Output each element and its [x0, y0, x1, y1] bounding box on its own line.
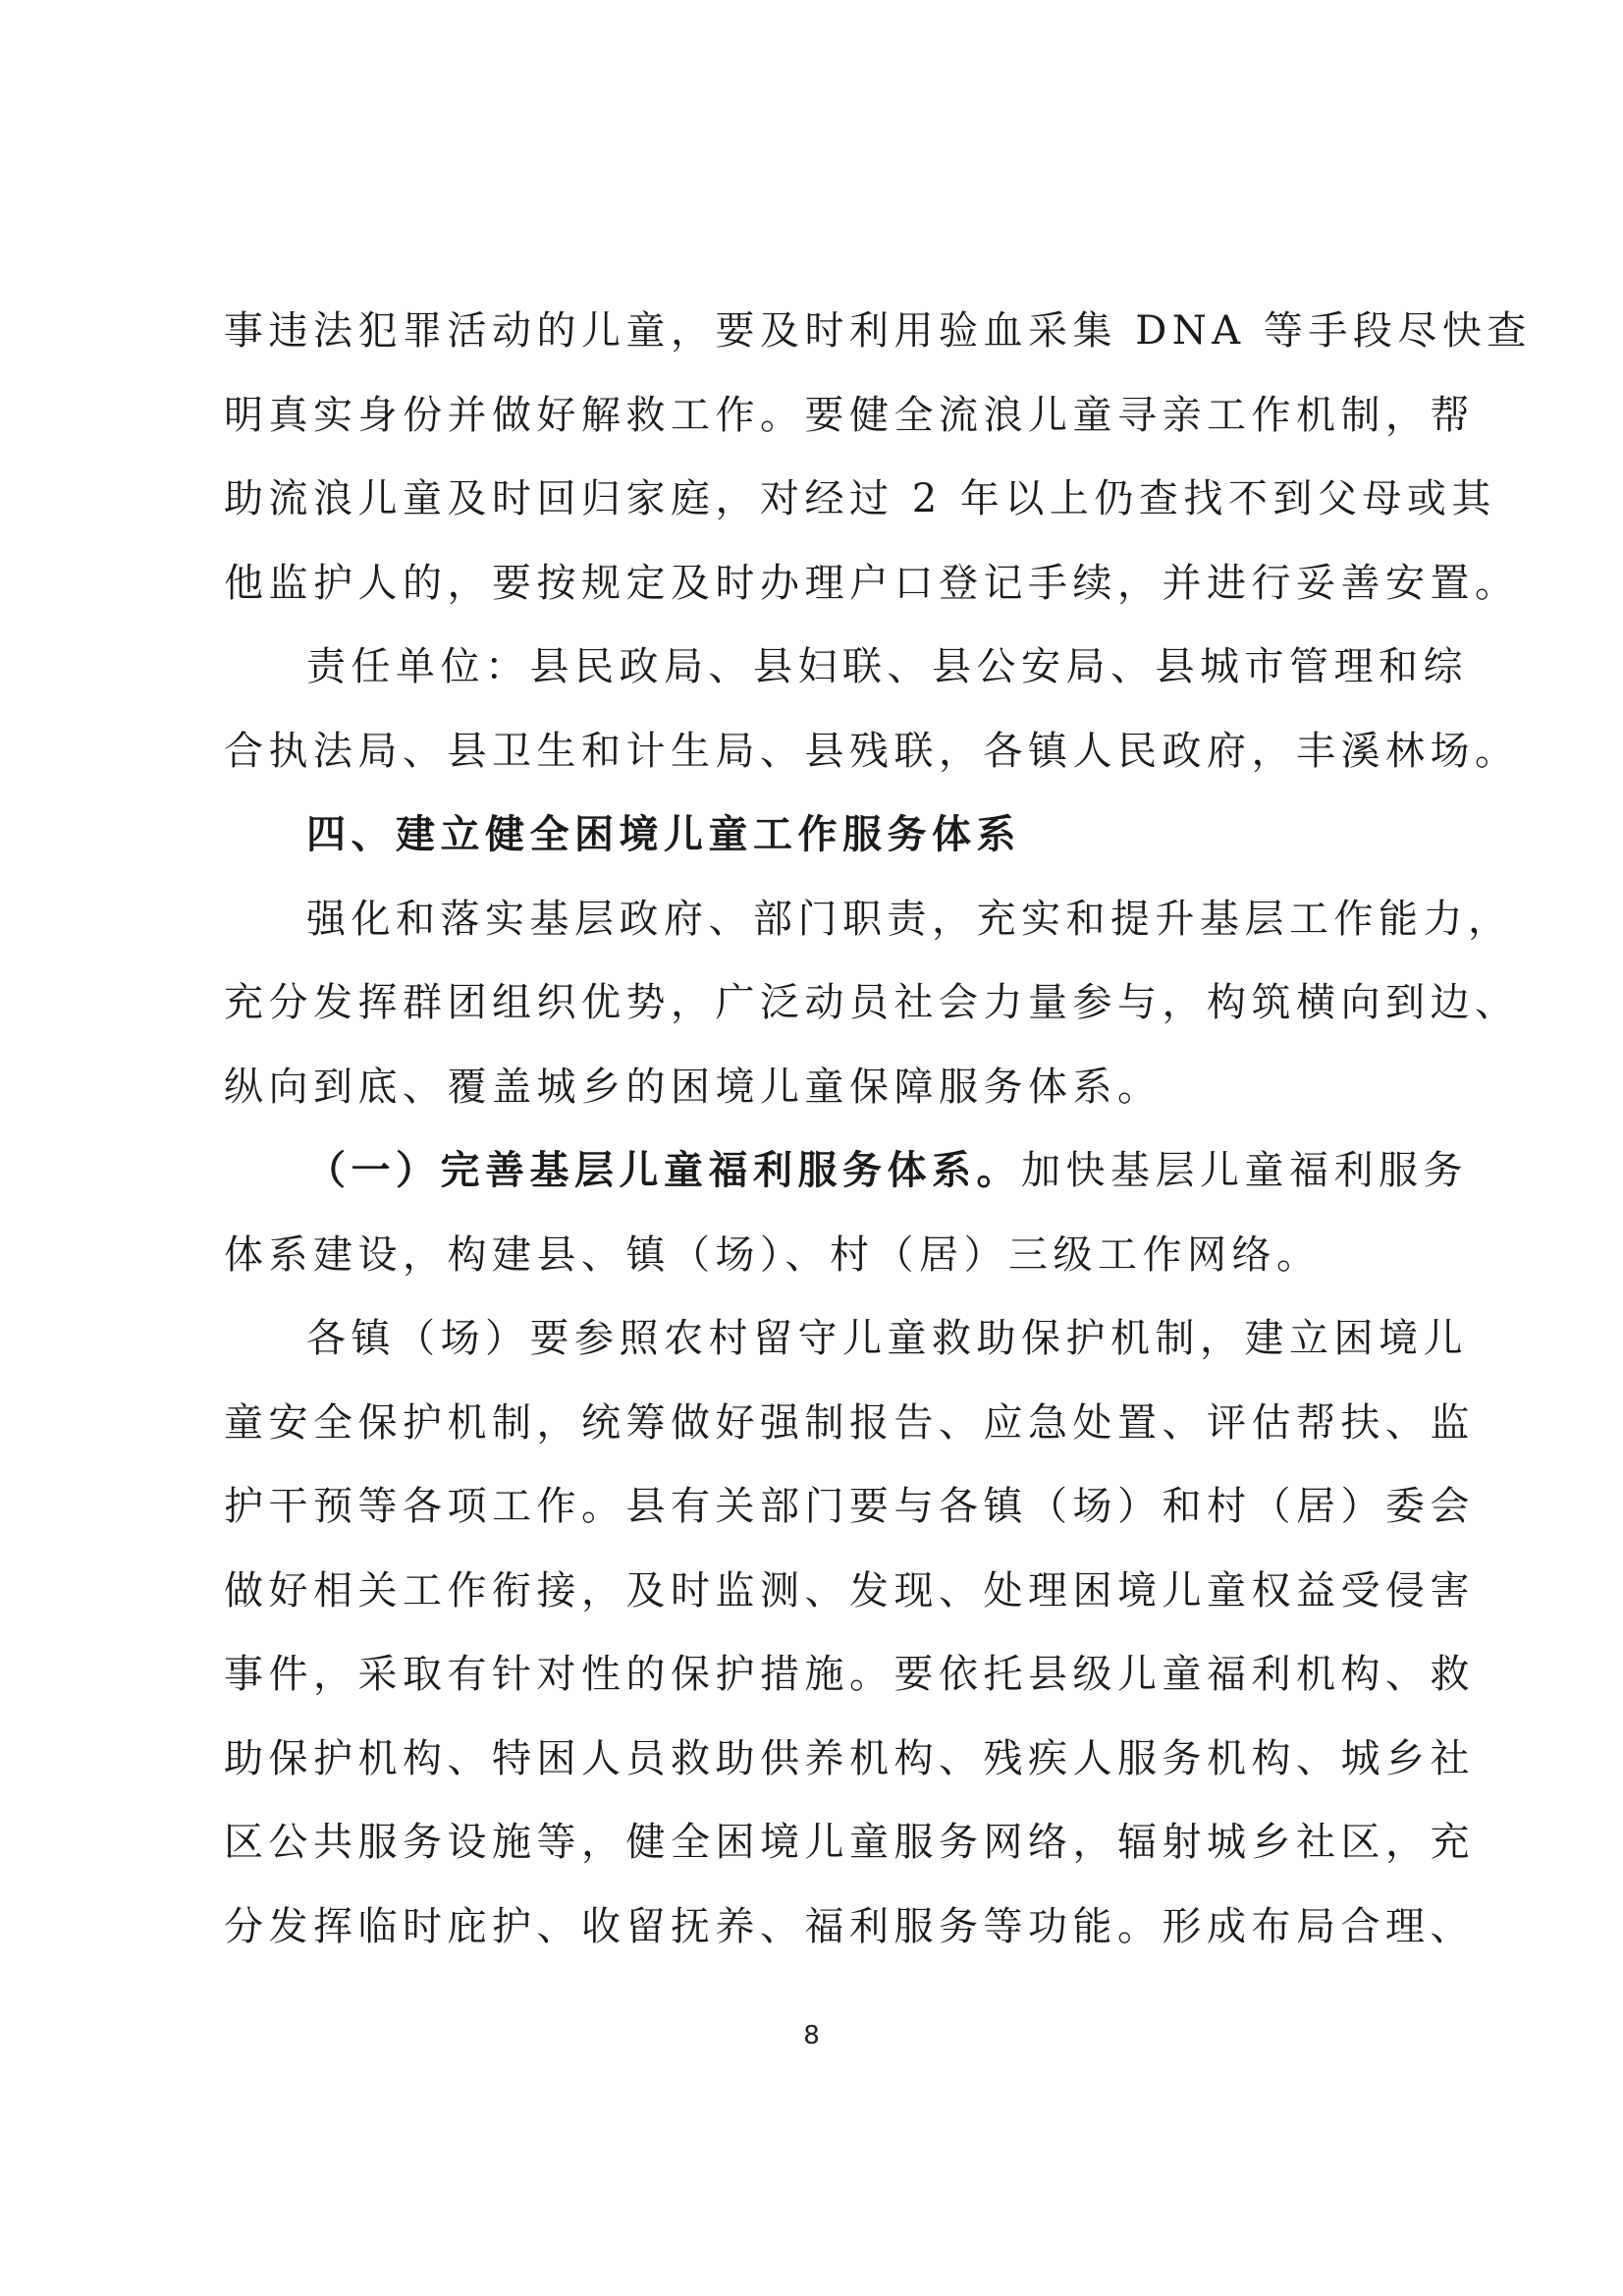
paragraph-line: 事件，采取有针对性的保护措施。要依托县级儿童福利机构、救 [224, 1633, 1410, 1718]
paragraph-line: 助保护机构、特困人员救助供养机构、残疾人服务机构、城乡社 [224, 1718, 1410, 1802]
paragraph-line: 助流浪儿童及时回归家庭，对经过 2 年以上仍查找不到父母或其 [224, 458, 1410, 542]
subsection-line: （一）完善基层儿童福利服务体系。加快基层儿童福利服务 [224, 1129, 1410, 1214]
paragraph-line: 做好相关工作衔接，及时监测、发现、处理困境儿童权益受侵害 [224, 1550, 1410, 1634]
document-page: 事违法犯罪活动的儿童，要及时利用验血采集 DNA 等手段尽快查 明真实身份并做好… [0, 0, 1623, 2296]
paragraph-line: 充分发挥群团组织优势，广泛动员社会力量参与，构筑横向到边、 [224, 961, 1410, 1046]
paragraph-line: 区公共服务设施等，健全困境儿童服务网络，辐射城乡社区，充 [224, 1801, 1410, 1886]
paragraph-line: 他监护人的，要按规定及时办理户口登记手续，并进行妥善安置。 [224, 542, 1410, 627]
paragraph-line: 纵向到底、覆盖城乡的困境儿童保障服务体系。 [224, 1046, 1410, 1130]
paragraph-line: 事违法犯罪活动的儿童，要及时利用验血采集 DNA 等手段尽快查 [224, 290, 1410, 374]
subsection-text: 加快基层儿童福利服务 [1021, 1148, 1468, 1193]
paragraph-line: 童安全保护机制，统筹做好强制报告、应急处置、评估帮扶、监 [224, 1382, 1410, 1466]
section-heading: 四、建立健全困境儿童工作服务体系 [224, 793, 1410, 878]
page-number: 8 [0, 2021, 1623, 2050]
paragraph-line: 强化和落实基层政府、部门职责，充实和提升基层工作能力， [224, 878, 1410, 962]
paragraph-line: 护干预等各项工作。县有关部门要与各镇（场）和村（居）委会 [224, 1465, 1410, 1550]
responsible-units-line: 合执法局、县卫生和计生局、县残联，各镇人民政府，丰溪林场。 [224, 710, 1410, 794]
paragraph-line: 明真实身份并做好解救工作。要健全流浪儿童寻亲工作机制，帮 [224, 374, 1410, 459]
subsection-heading: （一）完善基层儿童福利服务体系。 [306, 1148, 1021, 1193]
paragraph-line: 分发挥临时庇护、收留抚养、福利服务等功能。形成布局合理、 [224, 1886, 1410, 1970]
document-body: 事违法犯罪活动的儿童，要及时利用验血采集 DNA 等手段尽快查 明真实身份并做好… [224, 290, 1410, 1969]
responsible-units-line: 责任单位：县民政局、县妇联、县公安局、县城市管理和综 [224, 626, 1410, 710]
paragraph-line: 体系建设，构建县、镇（场）、村（居）三级工作网络。 [224, 1214, 1410, 1298]
paragraph-line: 各镇（场）要参照农村留守儿童救助保护机制，建立困境儿 [224, 1297, 1410, 1382]
